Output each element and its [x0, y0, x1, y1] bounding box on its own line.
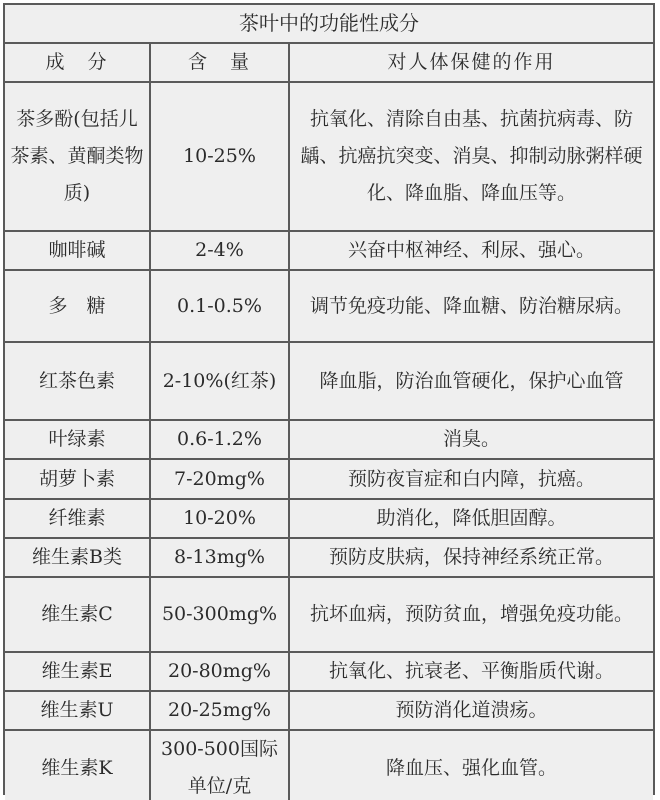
table-row: 维生素U20-25mg%预防消化道溃疡。	[5, 691, 653, 730]
component-cell: 维生素K	[5, 730, 150, 800]
component-cell: 红茶色素	[5, 342, 150, 420]
table-row: 胡萝卜素7-20mg%预防夜盲症和白内障，抗癌。	[5, 459, 653, 499]
component-cell: 维生素C	[5, 577, 150, 652]
table-row: 多 糖0.1-0.5%调节免疫功能、降血糖、防治糖尿病。	[5, 270, 653, 342]
table-row: 维生素E20-80mg%抗氧化、抗衰老、平衡脂质代谢。	[5, 652, 653, 691]
content-cell: 2-4%	[150, 231, 289, 270]
content-cell: 20-25mg%	[150, 691, 289, 730]
table-body: 茶多酚(包括儿茶素、黄酮类物质)10-25%抗氧化、清除自由基、抗菌抗病毒、防龋…	[5, 82, 653, 800]
function-cell: 降血压、强化血管。	[289, 730, 653, 800]
content-cell: 50-300mg%	[150, 577, 289, 652]
table-row: 维生素C50-300mg%抗坏血病，预防贫血，增强免疫功能。	[5, 577, 653, 652]
function-cell: 消臭。	[289, 420, 653, 459]
component-cell: 维生素B类	[5, 538, 150, 577]
content-cell: 10-25%	[150, 82, 289, 231]
column-header-component: 成 分	[5, 43, 150, 82]
component-cell: 纤维素	[5, 499, 150, 538]
component-cell: 叶绿素	[5, 420, 150, 459]
functional-components-table-frame: 茶叶中的功能性成分 成 分 含 量 对人体保健的作用 茶多酚(包括儿茶素、黄酮类…	[3, 3, 655, 795]
function-cell: 预防消化道溃疡。	[289, 691, 653, 730]
column-header-content: 含 量	[150, 43, 289, 82]
table-row: 纤维素10-20%助消化，降低胆固醇。	[5, 499, 653, 538]
content-cell: 20-80mg%	[150, 652, 289, 691]
content-cell: 10-20%	[150, 499, 289, 538]
component-cell: 维生素E	[5, 652, 150, 691]
table-row: 叶绿素0.6-1.2%消臭。	[5, 420, 653, 459]
content-cell: 2-10%(红茶)	[150, 342, 289, 420]
function-cell: 助消化，降低胆固醇。	[289, 499, 653, 538]
function-cell: 兴奋中枢神经、利尿、强心。	[289, 231, 653, 270]
function-cell: 抗氧化、清除自由基、抗菌抗病毒、防龋、抗癌抗突变、消臭、抑制动脉粥样硬化、降血脂…	[289, 82, 653, 231]
table-row: 咖啡碱2-4%兴奋中枢神经、利尿、强心。	[5, 231, 653, 270]
content-cell: 8-13mg%	[150, 538, 289, 577]
component-cell: 茶多酚(包括儿茶素、黄酮类物质)	[5, 82, 150, 231]
table-title: 茶叶中的功能性成分	[5, 5, 653, 43]
column-header-function: 对人体保健的作用	[289, 43, 653, 82]
component-cell: 胡萝卜素	[5, 459, 150, 499]
function-cell: 抗坏血病，预防贫血，增强免疫功能。	[289, 577, 653, 652]
content-cell: 0.1-0.5%	[150, 270, 289, 342]
table-row: 维生素K300-500国际单位/克降血压、强化血管。	[5, 730, 653, 800]
function-cell: 降血脂，防治血管硬化，保护心血管	[289, 342, 653, 420]
component-cell: 咖啡碱	[5, 231, 150, 270]
component-cell: 维生素U	[5, 691, 150, 730]
function-cell: 预防皮肤病，保持神经系统正常。	[289, 538, 653, 577]
content-cell: 7-20mg%	[150, 459, 289, 499]
component-cell: 多 糖	[5, 270, 150, 342]
content-cell: 300-500国际单位/克	[150, 730, 289, 800]
table-row: 红茶色素2-10%(红茶)降血脂，防治血管硬化，保护心血管	[5, 342, 653, 420]
function-cell: 预防夜盲症和白内障，抗癌。	[289, 459, 653, 499]
function-cell: 抗氧化、抗衰老、平衡脂质代谢。	[289, 652, 653, 691]
table-row: 维生素B类8-13mg%预防皮肤病，保持神经系统正常。	[5, 538, 653, 577]
function-cell: 调节免疫功能、降血糖、防治糖尿病。	[289, 270, 653, 342]
table-row: 茶多酚(包括儿茶素、黄酮类物质)10-25%抗氧化、清除自由基、抗菌抗病毒、防龋…	[5, 82, 653, 231]
header-row: 成 分 含 量 对人体保健的作用	[5, 43, 653, 82]
content-cell: 0.6-1.2%	[150, 420, 289, 459]
functional-components-table: 茶叶中的功能性成分 成 分 含 量 对人体保健的作用 茶多酚(包括儿茶素、黄酮类…	[5, 5, 653, 800]
